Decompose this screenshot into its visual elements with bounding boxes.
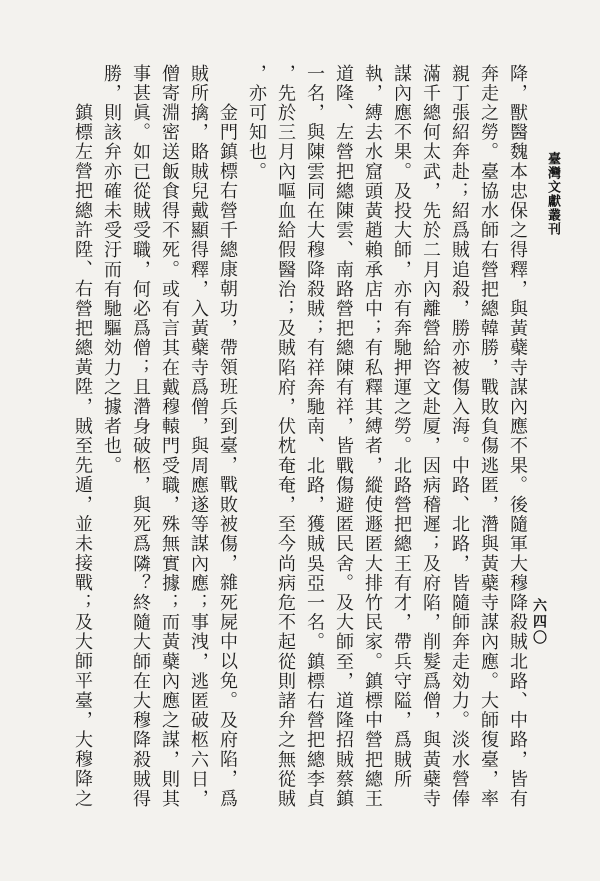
series-header: 臺灣文獻叢刊 [543,152,562,236]
text-column-15: 勝，則該弁亦確未受汙而有馳驅効力之據者也。 [97,64,126,812]
text-column-13: 僧寄淵密送飯食得不死。或有言其在戴穆轅門受職，殊無實據；而黃蘗內應之謀，則其 [155,64,184,812]
text-column-12: 賊所擒，賂賊兒戴顯得釋，入黃蘗寺爲僧，與周應遂等謀內應；事洩，逃匿破柩六日， [184,64,213,812]
text-column-10: ，亦可知也。 [242,64,271,812]
text-column-2: 奔走之勞。臺協水師右營把總韓勝，戰敗負傷逃匿，濳與黃蘗寺謀內應。大師復臺，率 [474,64,503,812]
text-column-16-paragraph-start: 鎮標左營把總許陞、右營把總黃陞，賊至先遁，並未接戰；及大師平臺，大穆降之 [68,64,97,812]
text-column-9: ，先於三月內嘔血給假醫治；及賊陷府，伏枕奄奄，至今尚病危不起從則諸弁之無從賊 [271,64,300,812]
text-block: 降，獸醫魏本忠保之得釋，與黃蘗寺謀內應不果。後隨軍大穆降殺賊北路、中路，皆有 奔… [68,64,532,812]
text-column-5: 謀內應不果。及投大師，亦有奔馳押運之勞。北路營把總王有才，帶兵守隘，爲賊所 [387,64,416,812]
text-column-14: 事甚眞。如已從賊受職，何必爲僧；且濳身破柩，與死爲隣？終隨大師在大穆降殺賊得 [126,64,155,812]
text-column-1: 降，獸醫魏本忠保之得釋，與黃蘗寺謀內應不果。後隨軍大穆降殺賊北路、中路，皆有 [503,64,532,812]
book-page: 臺灣文獻叢刊 六四〇 降，獸醫魏本忠保之得釋，與黃蘗寺謀內應不果。後隨軍大穆降殺… [0,0,600,881]
text-column-7: 道隆、左營把總陳雲、南路營把總陳有祥，皆戰傷避匿民舍。及大師至，道隆招賊蔡鎮 [329,64,358,812]
text-column-3: 親丁張紹奔赴；紹爲賊追殺，勝亦被傷入海。中路、北路，皆隨師奔走効力。淡水營俸 [445,64,474,812]
text-column-8: 一名，與陳雲同在大穆降殺賊；有祥奔馳南、北路，獲賊吳亞一名。鎮標右營把總李貞 [300,64,329,812]
page-number: 六四〇 [529,598,549,646]
text-column-4: 滿千總何太武，先於二月內離營給咨文赴厦，因病稽遲；及府陷，削髮爲僧，與黃蘗寺 [416,64,445,812]
text-column-11-paragraph-start: 金門鎮標右營千總康朝功，帶領班兵到臺，戰敗被傷，雜死屍中以免。及府陷，爲 [213,64,242,812]
text-column-6: 執，縛去水窟頭黃趙賴承店中；有私釋其縛者，縱使遯匿大排竹民家。鎮標中營把總王 [358,64,387,812]
